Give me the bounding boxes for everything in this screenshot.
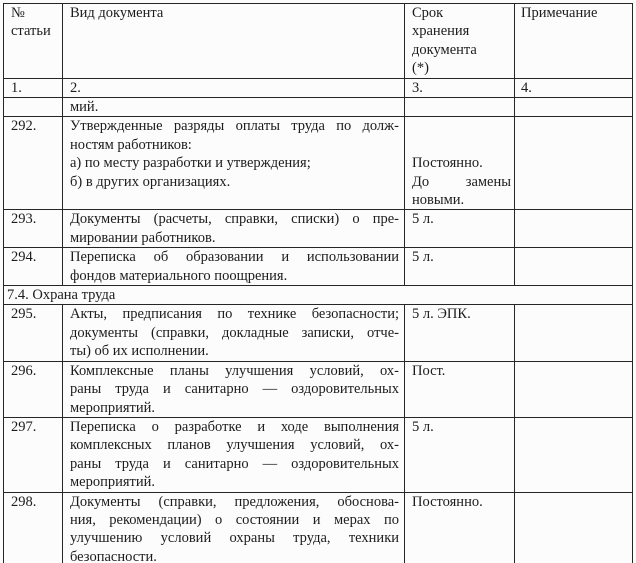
document-type-cell: Переписка о разработке и ходе выполнения… [63, 417, 405, 492]
text-line: Комплексные планы улучшения условий, ох- [70, 362, 399, 380]
header-line: Примечание [521, 4, 629, 22]
retention-schedule-table: № статьи Вид документа Срок хранения док… [3, 3, 633, 563]
text-line [412, 117, 511, 135]
note-cell [515, 248, 633, 286]
table-row: 297. Переписка о разработке и ходе выпол… [4, 417, 633, 492]
text-line: Переписка об образовании и использовании [70, 248, 399, 266]
text-line: Акты, предписания по технике безопасност… [70, 305, 399, 323]
text-line: 5 л. [412, 248, 511, 266]
retention-period-cell: 3. [405, 78, 515, 97]
header-line: хранения [412, 22, 511, 40]
note-cell [515, 117, 633, 210]
retention-period-cell [405, 98, 515, 117]
article-number-cell: 292. [4, 117, 63, 210]
article-number-cell: 296. [4, 361, 63, 417]
header-line: Вид документа [70, 4, 399, 22]
retention-period-cell: 5 л. [405, 210, 515, 248]
article-number-cell: 293. [4, 210, 63, 248]
text-line: б) в других организациях. [70, 173, 399, 191]
note-cell [515, 417, 633, 492]
document-type-cell: мий. [63, 98, 405, 117]
document-type-cell: Переписка об образовании и использовании… [63, 248, 405, 286]
text-line: 3. [412, 79, 511, 97]
text-line [412, 136, 511, 154]
retention-period-cell: 5 л. [405, 248, 515, 286]
article-number-cell: 297. [4, 417, 63, 492]
text-line: фондов материального поощрения. [70, 267, 399, 285]
text-line: а) по месту разработки и утверждения; [70, 154, 399, 172]
table-row: 294. Переписка об образовании и использо… [4, 248, 633, 286]
note-cell [515, 492, 633, 563]
header-article-number: № статьи [4, 4, 63, 79]
retention-period-cell: Пост. [405, 361, 515, 417]
article-number-cell: 295. [4, 305, 63, 361]
article-number-cell [4, 98, 63, 117]
text-line: Пост. [412, 362, 511, 380]
table-row: 292. Утвержденные разряды оплаты труда п… [4, 117, 633, 210]
text-line: ностям работников: [70, 136, 399, 154]
document-type-cell: Акты, предписания по технике безопасност… [63, 305, 405, 361]
header-line: статьи [11, 22, 60, 40]
text-line: безопасности. [70, 548, 399, 563]
retention-period-cell: 5 л. ЭПК. [405, 305, 515, 361]
table-row: 1. 2. 3. 4. [4, 78, 633, 97]
document-type-cell: Документы (справки, предложения, обоснов… [63, 492, 405, 563]
text-line: новыми. [412, 191, 511, 209]
text-line: Документы (справки, предложения, обоснов… [70, 493, 399, 511]
text-line: мероприятий. [70, 473, 399, 491]
article-number-cell: 1. [4, 78, 63, 97]
table-row: 295. Акты, предписания по технике безопа… [4, 305, 633, 361]
text-line: 5 л. ЭПК. [412, 305, 511, 323]
article-number-cell: 294. [4, 248, 63, 286]
table-row: 293. Документы (расчеты, справки, списки… [4, 210, 633, 248]
document-type-cell: Документы (расчеты, справки, списки) о п… [63, 210, 405, 248]
text-line: мероприятий. [70, 399, 399, 417]
note-cell: 4. [515, 78, 633, 97]
text-line: мировании работников. [70, 229, 399, 247]
text-line: Постоянно. [412, 154, 511, 172]
text-line: Утвержденные разряды оплаты труда по дол… [70, 117, 399, 135]
text-line: комплексных планов улучшения условий, ох… [70, 436, 399, 454]
section-row: 7.4. Охрана труда [4, 286, 633, 305]
note-cell [515, 305, 633, 361]
header-line: (*) [412, 59, 511, 77]
document-type-cell: 2. [63, 78, 405, 97]
note-cell [515, 98, 633, 117]
text-line: Переписка о разработке и ходе выполнения [70, 418, 399, 436]
header-line: № [11, 4, 60, 22]
text-line: раны труда и санитарно — оздоровительных [70, 455, 399, 473]
table-row: мий. [4, 98, 633, 117]
header-line: документа [412, 41, 511, 59]
header-note: Примечание [515, 4, 633, 79]
text-line: Документы (расчеты, справки, списки) о п… [70, 210, 399, 228]
table-row: 296. Комплексные планы улучшения условий… [4, 361, 633, 417]
table-body: № статьи Вид документа Срок хранения док… [4, 4, 633, 563]
text-line: До замены [412, 173, 511, 191]
text-line: улучшению условий охраны труда, техники [70, 529, 399, 547]
retention-period-cell: Постоянно. [405, 492, 515, 563]
note-cell [515, 361, 633, 417]
header-line: Срок [412, 4, 511, 22]
retention-period-cell: Постоянно.До заменыновыми. [405, 117, 515, 210]
text-line: мий. [70, 98, 399, 116]
text-line: 2. [70, 79, 399, 97]
text-line: документы (справки, докладные записки, о… [70, 324, 399, 342]
document-type-cell: Утвержденные разряды оплаты труда по дол… [63, 117, 405, 210]
document-type-cell: Комплексные планы улучшения условий, ох-… [63, 361, 405, 417]
text-line: ты) об их исполнении. [70, 342, 399, 360]
note-cell [515, 210, 633, 248]
text-line: 5 л. [412, 210, 511, 228]
retention-period-cell: 5 л. [405, 417, 515, 492]
text-line: 5 л. [412, 418, 511, 436]
text-line: ния, рекомендации) о состоянии и мерах п… [70, 511, 399, 529]
header-document-type: Вид документа [63, 4, 405, 79]
table-row: 298. Документы (справки, предложения, об… [4, 492, 633, 563]
table-header-row: № статьи Вид документа Срок хранения док… [4, 4, 633, 79]
header-retention-period: Срок хранения документа (*) [405, 4, 515, 79]
text-line: раны труда и санитарно — оздоровительных [70, 380, 399, 398]
section-label: 7.4. Охрана труда [4, 286, 633, 305]
article-number-cell: 298. [4, 492, 63, 563]
text-line: Постоянно. [412, 493, 511, 511]
